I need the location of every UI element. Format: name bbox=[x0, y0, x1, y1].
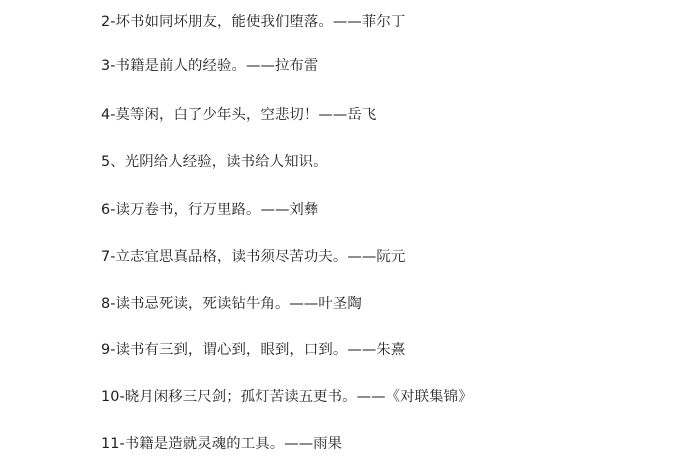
quote-line-2: 2-坏书如同坏朋友，能使我们堕落。——菲尔丁 bbox=[101, 13, 405, 31]
quote-line-3: 3-书籍是前人的经验。——拉布雷 bbox=[101, 57, 318, 75]
quote-line-7: 7-立志宜思真品格，读书须尽苦功夫。——阮元 bbox=[101, 248, 405, 266]
quote-line-8: 8-读书忌死读，死读钻牛角。——叶圣陶 bbox=[101, 295, 362, 313]
quote-line-4: 4-莫等闲，白了少年头，空悲切！——岳飞 bbox=[101, 106, 376, 124]
quote-line-6: 6-读万卷书，行万里路。——刘彝 bbox=[101, 201, 318, 219]
document-page: 2-坏书如同坏朋友，能使我们堕落。——菲尔丁 3-书籍是前人的经验。——拉布雷 … bbox=[0, 0, 700, 470]
quote-line-5: 5、光阴给人经验，读书给人知识。 bbox=[101, 153, 328, 171]
quote-line-11: 11-书籍是造就灵魂的工具。——雨果 bbox=[101, 435, 342, 453]
quote-line-10: 10-晓月闲移三尺剑；孤灯苦读五更书。——《对联集锦》 bbox=[101, 388, 473, 406]
quote-line-9: 9-读书有三到，谓心到，眼到，口到。——朱熹 bbox=[101, 341, 405, 359]
